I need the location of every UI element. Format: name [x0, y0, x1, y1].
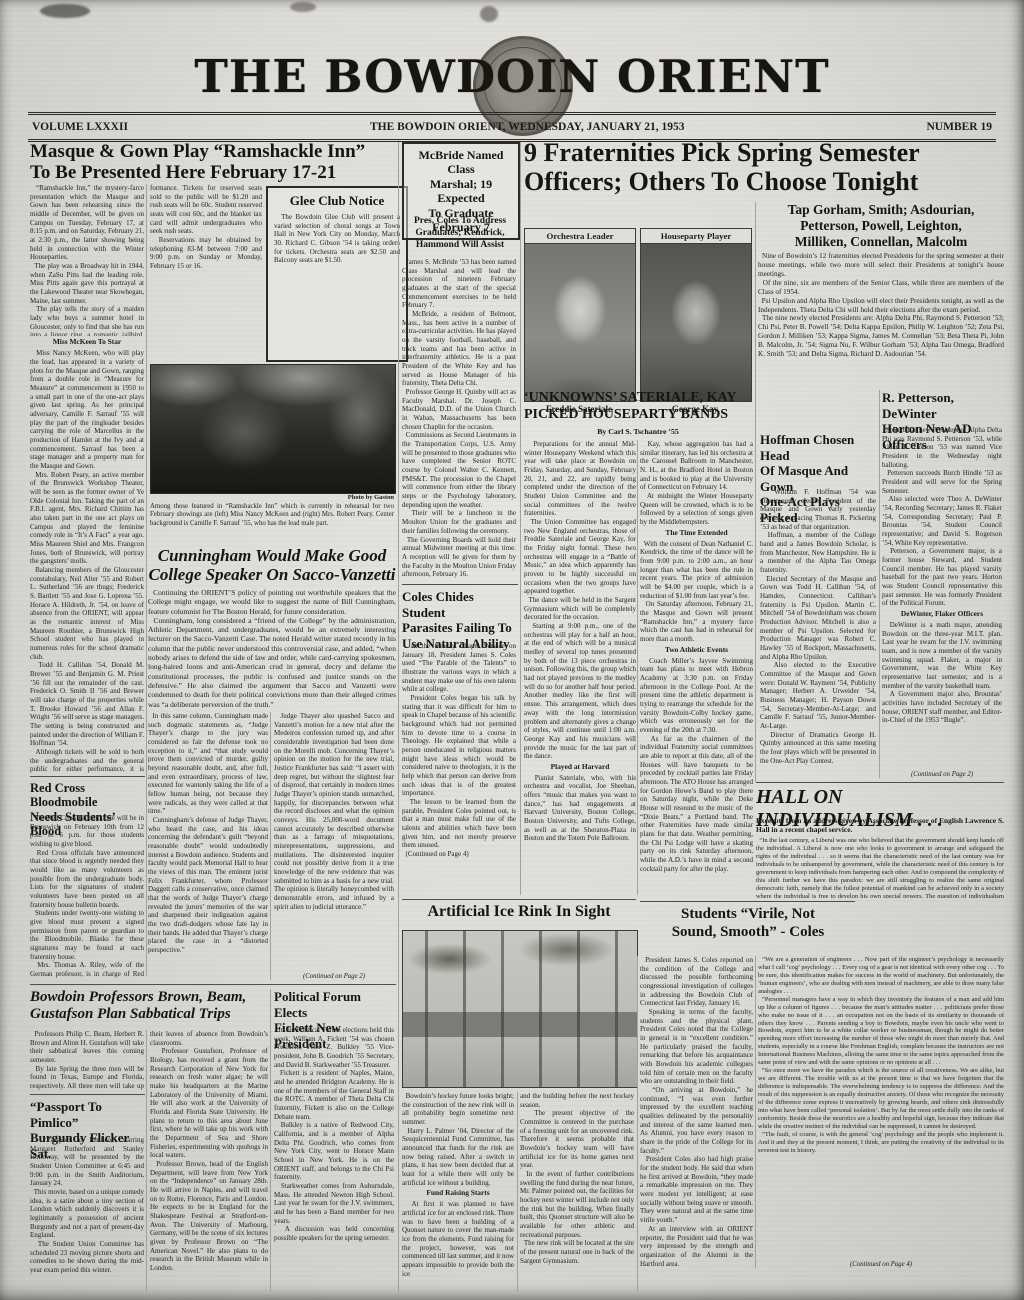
- unknowns-subhead-harvard: Played at Harvard: [524, 763, 636, 772]
- redcross-body: The Red Cross Bloodmobile will be in Bru…: [30, 814, 144, 980]
- continued-notice: (Continued on Page 4): [758, 1261, 1004, 1268]
- dateline-bar: VOLUME LXXXII THE BOWDOIN ORIENT, WEDNES…: [28, 112, 996, 142]
- professors-headline: Bowdoin Professors Brown, Beam, Gustafso…: [30, 989, 272, 1024]
- issue-number-label: NUMBER 19: [926, 121, 992, 133]
- rehearsal-photo-caption: Among those featured in “Ramshackle Inn”…: [150, 503, 394, 541]
- rink-subhead: Fund Raising Starts: [402, 1189, 514, 1198]
- petterson-text: Selected as new President of Alpha Delta…: [882, 426, 1002, 608]
- rink-text: At first it was planned to have artifici…: [402, 1200, 514, 1292]
- rink-column-b: and the building before the next hockey …: [520, 1092, 634, 1292]
- column-rule: [637, 440, 638, 895]
- unknowns-headline: ‘UNKNOWNS’ SATERIALE, KAY PICKED HOUSEPA…: [524, 390, 752, 424]
- unknowns-column-b: Kay, whose aggregation has had a similar…: [640, 440, 753, 898]
- masque-headline: Masque & Gown Play “Ramshackle Inn” To B…: [30, 142, 398, 184]
- petterson-subhead: DeWinter, Flaker Officers: [882, 610, 1002, 619]
- column-rule: [517, 1092, 518, 1292]
- passport-body: “Passport to Pimlico,” starring Margaret…: [30, 1136, 144, 1292]
- scan-artifact: [40, 4, 90, 18]
- unknowns-text: Preparations for the annual Mid-winter H…: [524, 440, 636, 761]
- rink-column-a: Bowdoin’s hockey future looks bright; th…: [402, 1092, 514, 1292]
- scan-artifact: [480, 6, 498, 22]
- glee-club-notice-body: The Bowdoin Glee Club will present a var…: [274, 213, 400, 341]
- virile-headline: Students “Virile, Not Sound, Smooth” - C…: [640, 905, 856, 941]
- rink-headline: Artificial Ice Rink In Sight: [402, 903, 636, 921]
- unknowns-byline: By Carl S. Tschantre ’55: [524, 427, 752, 436]
- section-rule: [402, 899, 636, 900]
- fraternities-subhead: Tap Gorham, Smith; Asdourian, Petterson,…: [758, 202, 1004, 251]
- unknowns-column-a: Preparations for the annual Mid-winter H…: [524, 440, 636, 895]
- cunningham-text: Judge Thayer also quashed Sacco and Vanz…: [274, 712, 394, 970]
- glee-club-notice-box: Glee Club Notice The Bowdoin Glee Club w…: [266, 186, 408, 362]
- sateriale-photo-frame: Orchestra Leader: [524, 228, 636, 402]
- section-rule: [30, 776, 145, 777]
- unknowns-text: Pianist Sateriale, who, with his orchest…: [524, 774, 636, 895]
- masthead-title: THE BOWDOIN ORIENT: [0, 50, 1024, 103]
- masque-subhead-mckeen: Miss McKeen To Star: [30, 338, 144, 347]
- column-rule: [755, 202, 756, 782]
- volume-label: VOLUME LXXXII: [32, 121, 128, 133]
- column-rule: [520, 142, 521, 895]
- continued-notice: (Continued on Page 2): [882, 771, 1002, 778]
- mcbride-subhead: Pres. Coles To Address Graduates; Kendri…: [402, 216, 518, 252]
- masque-column-2: formance. Tickets for reserved seats sol…: [150, 184, 262, 358]
- photo-credit: Photo by Gaston: [150, 494, 394, 501]
- mcbride-body: James S. McBride ’53 has been named Clas…: [402, 258, 516, 580]
- forum-body: In the Political Forum elections held th…: [274, 1026, 394, 1292]
- cunningham-intro: Continuing the ORIENT’S policy of pointi…: [148, 588, 396, 708]
- column-rule: [146, 1030, 147, 1292]
- unknowns-text: With the consent of Dean Nathaniel C. Ke…: [640, 540, 753, 644]
- cunningham-column-a: In this same column, Cunningham made suc…: [148, 712, 268, 980]
- unknowns-subhead-athletic: Two Athletic Events: [640, 646, 753, 655]
- professors-column-a: Professors Philip C. Beam, Herbert R. Br…: [30, 1030, 144, 1090]
- section-rule: [30, 984, 396, 985]
- cunningham-column-b: Judge Thayer also quashed Sacco and Vanz…: [274, 712, 394, 980]
- coles-chides-body: At the Sunday Chapel Service on January …: [402, 642, 516, 894]
- petterson-body: Selected as new President of Alpha Delta…: [882, 426, 1002, 778]
- hall-subhead: Excerpts from an address given by Associ…: [756, 817, 1004, 835]
- scan-artifact: [290, 2, 316, 12]
- column-rule: [270, 712, 271, 980]
- petterson-text: DeWinter is a math major, attending Bowd…: [882, 621, 1002, 768]
- column-rule: [637, 956, 638, 1292]
- column-rule: [270, 989, 271, 1292]
- masque-text: “Ramshackle Inn,” the mystery-farce pres…: [30, 184, 144, 336]
- column-rule: [398, 142, 399, 1292]
- rink-text: Bowdoin’s hockey future looks bright; th…: [402, 1092, 514, 1187]
- professors-column-b: their leaves of absence from Bowdoin’s c…: [150, 1030, 268, 1292]
- section-rule: [30, 1094, 145, 1095]
- continued-notice: (Continued on Page 2): [274, 973, 394, 980]
- hall-text: “We are a generation of engineers . . . …: [758, 956, 1004, 1258]
- masque-text: Miss Nancy McKeen, who will play the lea…: [30, 349, 144, 774]
- section-rule: [756, 782, 1004, 783]
- newspaper-page: THE BOWDOIN ORIENT VOLUME LXXXII THE BOW…: [0, 0, 1024, 1300]
- hoffman-body: William F. Hoffman ’54 was unanimously e…: [760, 488, 876, 778]
- hall-body: “In the last century, a Liberal was one …: [756, 837, 1004, 898]
- section-rule: [402, 584, 518, 585]
- rink-drawing: [402, 930, 638, 1088]
- glee-club-notice-title: Glee Club Notice: [274, 193, 400, 209]
- hall-continuation: “We are a generation of engineers . . . …: [758, 956, 1004, 1268]
- kay-photo-frame: Houseparty Player: [640, 228, 752, 402]
- column-rule: [879, 390, 880, 778]
- unknowns-text: Coach Miller’s Jayvee Swimming team has …: [640, 657, 753, 898]
- virile-body: President James S. Coles reported on the…: [640, 956, 753, 1292]
- column-rule: [146, 184, 147, 976]
- section-rule: [640, 901, 855, 902]
- column-rule: [755, 956, 756, 1268]
- sateriale-portrait: [525, 244, 635, 401]
- kay-portrait: [641, 244, 751, 401]
- orchestra-leader-label: Orchestra Leader: [525, 229, 635, 244]
- houseparty-player-label: Houseparty Player: [641, 229, 751, 244]
- fraternities-headline: 9 Fraternities Pick Spring Semester Offi…: [524, 138, 1004, 197]
- dateline-text: THE BOWDOIN ORIENT, WEDNESDAY, JANUARY 2…: [370, 121, 685, 133]
- fraternities-body: Nine of Bowdoin’s 12 fraternities electe…: [758, 252, 1004, 384]
- unknowns-text: Kay, whose aggregation has had a similar…: [640, 440, 753, 527]
- rehearsal-photo: [150, 364, 396, 494]
- masque-column-1: “Ramshackle Inn,” the mystery-farce pres…: [30, 184, 144, 774]
- cunningham-headline: Cunningham Would Make Good College Speak…: [148, 546, 396, 584]
- unknowns-subhead-time: The Time Extended: [640, 529, 753, 538]
